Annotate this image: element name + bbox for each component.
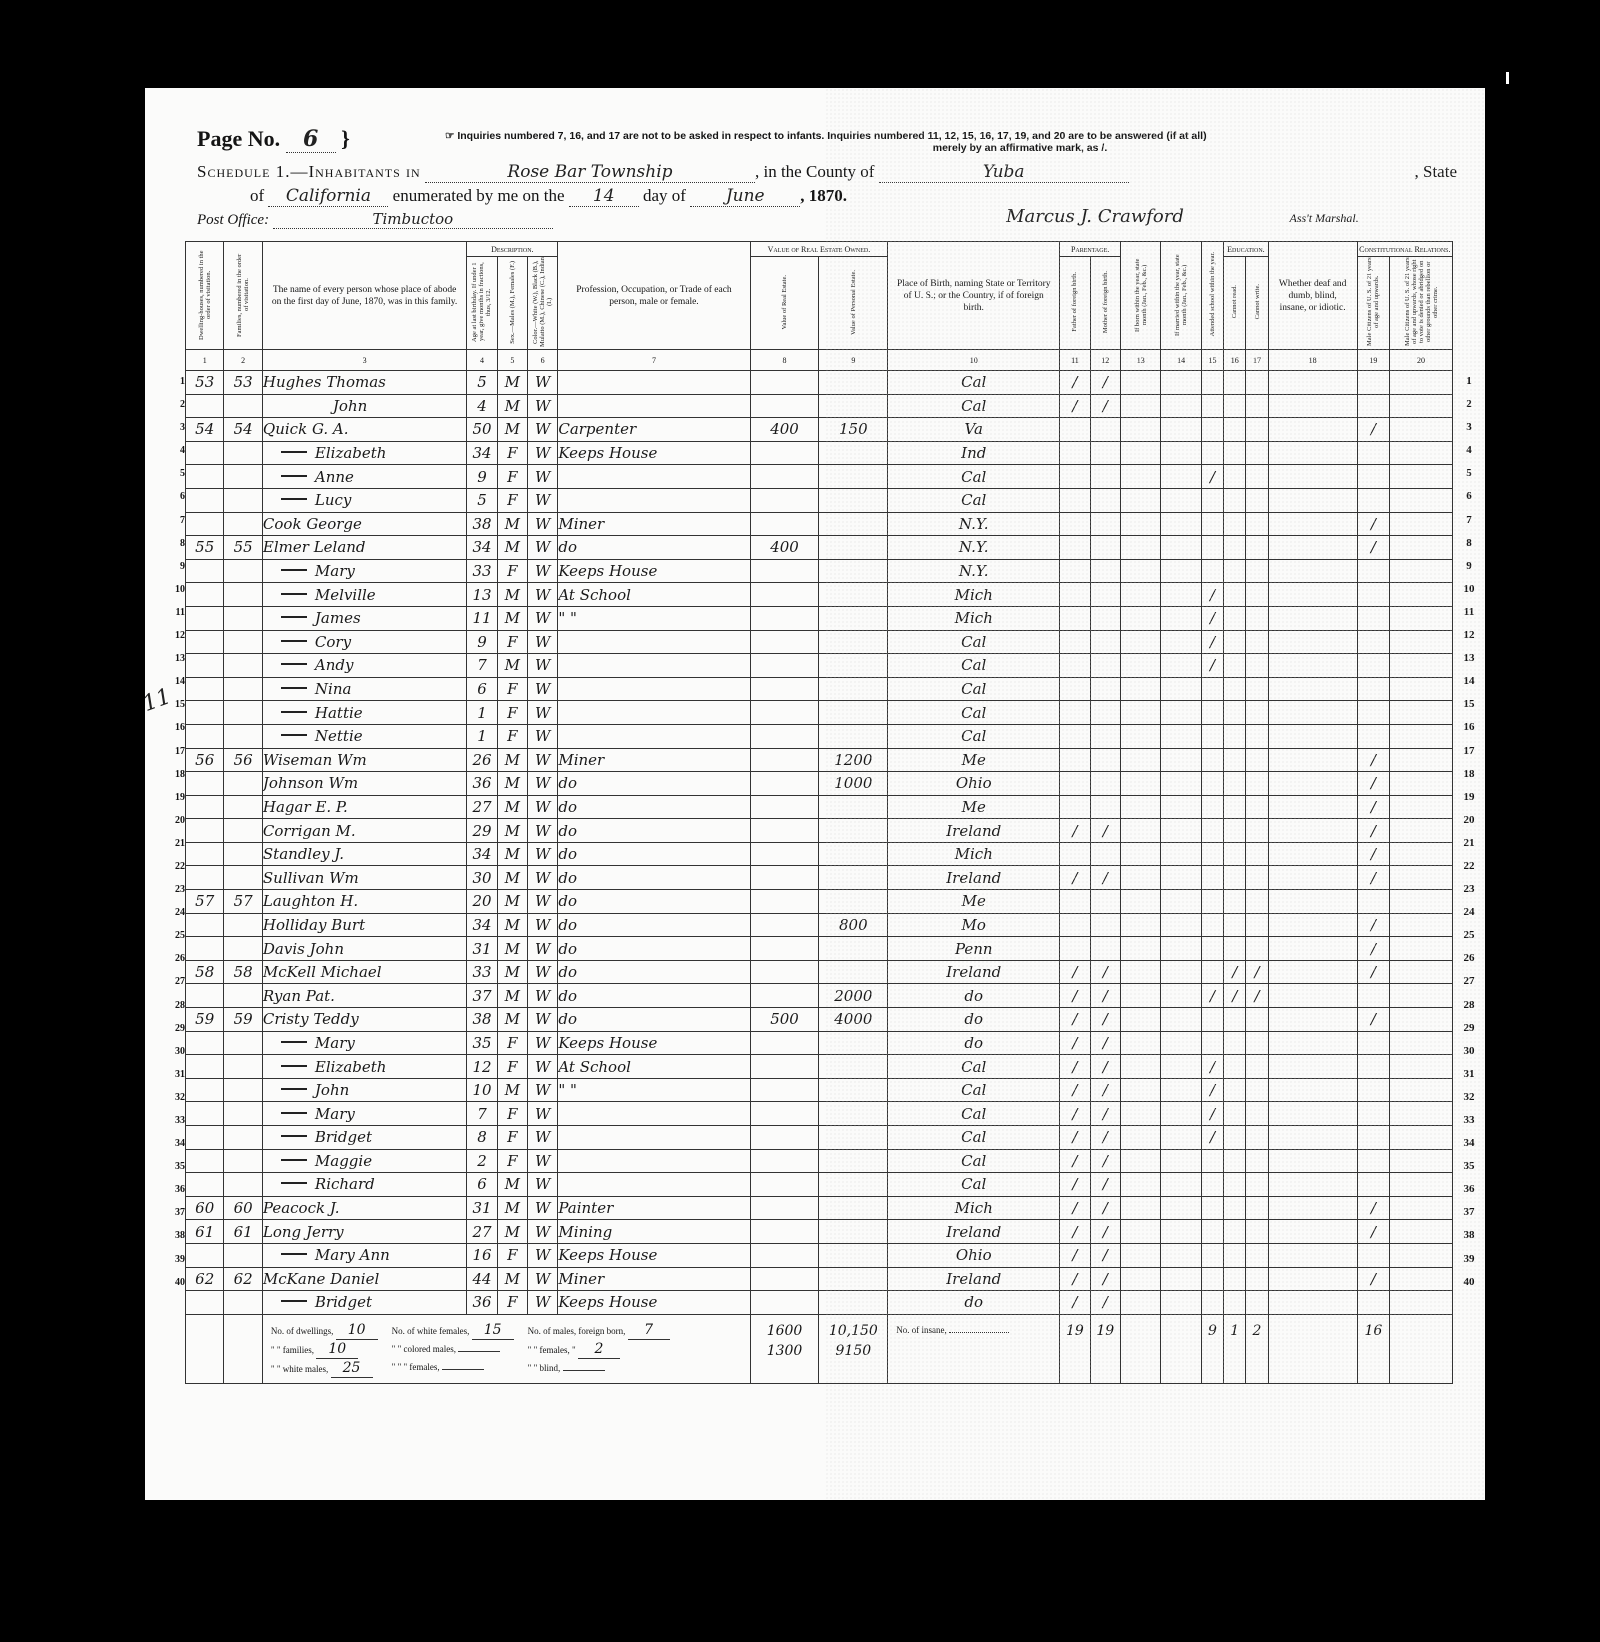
right-line-numbers: 1234567891011121314151617181920212223242… xyxy=(1456,370,1482,1294)
line-number: 17 xyxy=(163,740,185,763)
line-number: 36 xyxy=(1456,1178,1482,1201)
real-estate-value xyxy=(750,984,819,1008)
table-row: Davis John31MWdoPenn/ xyxy=(186,937,1453,961)
father-foreign-mark xyxy=(1060,536,1090,560)
vote-denied xyxy=(1390,866,1453,890)
occupation: Miner xyxy=(558,1267,750,1291)
born-within-year xyxy=(1120,1055,1160,1079)
disability xyxy=(1268,1220,1357,1244)
family-number xyxy=(224,559,262,583)
born-within-year xyxy=(1120,1078,1160,1102)
instructions-line-2: merely by an affirmative mark, as /. xyxy=(445,142,1455,154)
school-mark xyxy=(1201,1291,1223,1315)
occupation: At School xyxy=(558,1055,750,1079)
table-row: Mary35FWKeeps Housedo// xyxy=(186,1031,1453,1055)
col-number: 17 xyxy=(1246,350,1268,371)
birthplace: Ireland xyxy=(888,1267,1060,1291)
sex: M xyxy=(497,819,527,843)
married-within-year xyxy=(1161,1126,1201,1150)
page-number-label: Page No. xyxy=(197,126,280,151)
born-within-year xyxy=(1120,937,1160,961)
citizen-mark: / xyxy=(1357,937,1389,961)
dwelling-number: 55 xyxy=(186,536,224,560)
person-name: Mary Ann xyxy=(262,1243,466,1267)
census-page: Page No. 6 } ☞ Inquiries numbered 7, 16,… xyxy=(145,88,1485,1500)
ditto-dash xyxy=(281,593,307,595)
person-name: Nina xyxy=(262,677,466,701)
given-name: Maggie xyxy=(315,1152,372,1170)
person-name: Mary xyxy=(262,1031,466,1055)
age: 16 xyxy=(467,1243,497,1267)
father-foreign-mark xyxy=(1060,913,1090,937)
born-within-year xyxy=(1120,536,1160,560)
disability xyxy=(1268,488,1357,512)
real-estate-value xyxy=(750,1102,819,1126)
person-name: Andy xyxy=(262,654,466,678)
year-value: , 1870. xyxy=(800,186,847,205)
married-within-year xyxy=(1161,772,1201,796)
mother-foreign-mark xyxy=(1090,654,1120,678)
dwelling-number xyxy=(186,488,224,512)
school-mark xyxy=(1201,418,1223,442)
birthplace: Cal xyxy=(888,1102,1060,1126)
vote-denied xyxy=(1390,371,1453,395)
line-number: 12 xyxy=(163,624,185,647)
line-number: 36 xyxy=(163,1178,185,1201)
father-foreign-mark: / xyxy=(1060,1220,1090,1244)
married-within-year xyxy=(1161,842,1201,866)
mother-foreign-mark: / xyxy=(1090,1220,1120,1244)
line-number: 35 xyxy=(163,1155,185,1178)
personal-estate-value xyxy=(819,677,888,701)
person-name: Melville xyxy=(262,583,466,607)
table-row: Melville13MWAt SchoolMich/ xyxy=(186,583,1453,607)
cannot-read-mark xyxy=(1224,819,1246,843)
col-header-real-estate-value: Value of Real Estate. xyxy=(750,257,819,350)
dwelling-number xyxy=(186,842,224,866)
personal-estate-value: 2000 xyxy=(819,984,888,1008)
married-within-year xyxy=(1161,488,1201,512)
given-name: Elizabeth xyxy=(315,444,387,462)
married-within-year xyxy=(1161,1008,1201,1032)
mother-foreign-mark xyxy=(1090,937,1120,961)
family-number: 55 xyxy=(224,536,262,560)
married-within-year xyxy=(1161,677,1201,701)
line-number: 17 xyxy=(1456,740,1482,763)
school-mark: / xyxy=(1201,984,1223,1008)
line-number: 20 xyxy=(163,809,185,832)
sex: M xyxy=(497,512,527,536)
personal-estate-value: 4000 xyxy=(819,1008,888,1032)
sex: F xyxy=(497,701,527,725)
table-row: Cory9FWCal/ xyxy=(186,630,1453,654)
real-estate-value xyxy=(750,441,819,465)
surname: Johnson xyxy=(263,774,324,792)
line-number: 25 xyxy=(1456,924,1482,947)
born-within-year xyxy=(1120,559,1160,583)
given-name: J. xyxy=(330,1199,340,1217)
family-number: 60 xyxy=(224,1196,262,1220)
col-number: 9 xyxy=(819,350,888,371)
disability xyxy=(1268,1102,1357,1126)
line-number: 12 xyxy=(1456,624,1482,647)
cannot-read-mark: / xyxy=(1224,984,1246,1008)
citizen-mark: / xyxy=(1357,913,1389,937)
age: 1 xyxy=(467,701,497,725)
dwelling-number xyxy=(186,654,224,678)
occupation: Mining xyxy=(558,1220,750,1244)
ditto-dash xyxy=(281,1135,307,1137)
color: W xyxy=(528,1102,558,1126)
citizen-mark: / xyxy=(1357,1220,1389,1244)
real-estate-value xyxy=(750,772,819,796)
dwelling-number: 59 xyxy=(186,1008,224,1032)
sex: F xyxy=(497,1291,527,1315)
birthplace: do xyxy=(888,1291,1060,1315)
school-mark xyxy=(1201,559,1223,583)
born-within-year xyxy=(1120,984,1160,1008)
family-number xyxy=(224,583,262,607)
cannot-read-mark xyxy=(1224,890,1246,914)
born-within-year xyxy=(1120,418,1160,442)
father-foreign-mark xyxy=(1060,465,1090,489)
given-name: Daniel xyxy=(330,1270,379,1288)
sex: M xyxy=(497,1173,527,1197)
father-foreign-mark: / xyxy=(1060,1102,1090,1126)
col-number: 13 xyxy=(1120,350,1160,371)
disability xyxy=(1268,748,1357,772)
mother-foreign-mark: / xyxy=(1090,371,1120,395)
given-name: Mary Ann xyxy=(315,1246,390,1264)
given-name: Mary xyxy=(315,1105,355,1123)
color: W xyxy=(528,1126,558,1150)
color: W xyxy=(528,984,558,1008)
summary-col-a: No. of dwellings, 10 " " families, 10 " … xyxy=(271,1321,378,1378)
vote-denied xyxy=(1390,724,1453,748)
cannot-read-mark xyxy=(1224,1031,1246,1055)
given-name: John xyxy=(310,940,344,958)
ditto-dash xyxy=(281,451,307,453)
color: W xyxy=(528,371,558,395)
line-number: 24 xyxy=(163,901,185,924)
table-row: Nettie1FWCal xyxy=(186,724,1453,748)
line-number: 34 xyxy=(1456,1132,1482,1155)
cannot-write-mark xyxy=(1246,1126,1268,1150)
color: W xyxy=(528,606,558,630)
col-number: 15 xyxy=(1201,350,1223,371)
married-within-year xyxy=(1161,418,1201,442)
cannot-read-mark xyxy=(1224,418,1246,442)
birthplace: Cal xyxy=(888,677,1060,701)
person-name: Cristy Teddy xyxy=(262,1008,466,1032)
cannot-read-mark xyxy=(1224,866,1246,890)
disability xyxy=(1268,536,1357,560)
born-within-year xyxy=(1120,677,1160,701)
school-mark xyxy=(1201,1243,1223,1267)
birthplace: N.Y. xyxy=(888,559,1060,583)
birthplace: Va xyxy=(888,418,1060,442)
ditto-dash xyxy=(281,1300,307,1302)
ditto-dash xyxy=(281,616,307,618)
birthplace: Cal xyxy=(888,1126,1060,1150)
real-estate-value xyxy=(750,1243,819,1267)
line-number: 2 xyxy=(163,393,185,416)
school-mark: / xyxy=(1201,1078,1223,1102)
occupation: Keeps House xyxy=(558,1243,750,1267)
birthplace: Penn xyxy=(888,937,1060,961)
family-number xyxy=(224,654,262,678)
line-number: 30 xyxy=(163,1040,185,1063)
real-estate-value xyxy=(750,559,819,583)
table-row: 5858McKell Michael33MWdoIreland///// xyxy=(186,960,1453,984)
personal-estate-value: 1000 xyxy=(819,772,888,796)
surname: Hughes xyxy=(263,373,322,391)
cannot-write-mark xyxy=(1246,1267,1268,1291)
sex: F xyxy=(497,1055,527,1079)
personal-estate-value xyxy=(819,960,888,984)
col-number: 11 xyxy=(1060,350,1090,371)
person-name: Elizabeth xyxy=(262,1055,466,1079)
dwelling-number: 60 xyxy=(186,1196,224,1220)
census-table: Dwelling-houses, numbered in the order o… xyxy=(185,241,1453,1384)
color: W xyxy=(528,1196,558,1220)
real-estate-value: 400 xyxy=(750,418,819,442)
cannot-write-mark xyxy=(1246,394,1268,418)
cannot-read-mark xyxy=(1224,842,1246,866)
color: W xyxy=(528,748,558,772)
school-mark xyxy=(1201,536,1223,560)
col-number: 14 xyxy=(1161,350,1201,371)
line-number: 35 xyxy=(1456,1155,1482,1178)
table-row: Mary Ann16FWKeeps HouseOhio// xyxy=(186,1243,1453,1267)
real-estate-value xyxy=(750,795,819,819)
occupation: Miner xyxy=(558,512,750,536)
real-estate-value xyxy=(750,1126,819,1150)
school-mark xyxy=(1201,1220,1223,1244)
person-name: Richard xyxy=(262,1173,466,1197)
real-estate-value xyxy=(750,890,819,914)
mother-foreign-mark xyxy=(1090,795,1120,819)
given-name: Nettie xyxy=(315,727,363,745)
real-estate-value xyxy=(750,1267,819,1291)
age: 6 xyxy=(467,677,497,701)
table-row: Nina6FWCal xyxy=(186,677,1453,701)
dwelling-number: 53 xyxy=(186,371,224,395)
table-row: Anne9FWCal/ xyxy=(186,465,1453,489)
disability xyxy=(1268,866,1357,890)
cannot-write-mark xyxy=(1246,819,1268,843)
summary-cannot-read: 1 xyxy=(1224,1314,1246,1383)
census-rows: 5353Hughes Thomas5MWCal//John4MWCal//545… xyxy=(186,371,1453,1315)
age: 34 xyxy=(467,913,497,937)
dwelling-number xyxy=(186,1173,224,1197)
dwelling-number xyxy=(186,606,224,630)
school-mark: / xyxy=(1201,606,1223,630)
father-foreign-mark: / xyxy=(1060,371,1090,395)
mother-foreign-mark xyxy=(1090,748,1120,772)
line-number: 5 xyxy=(163,462,185,485)
vote-denied xyxy=(1390,984,1453,1008)
age: 38 xyxy=(467,512,497,536)
mother-foreign-mark: / xyxy=(1090,984,1120,1008)
occupation: do xyxy=(558,960,750,984)
cannot-write-mark: / xyxy=(1246,960,1268,984)
person-name: Long Jerry xyxy=(262,1220,466,1244)
age: 9 xyxy=(467,465,497,489)
family-number xyxy=(224,795,262,819)
real-estate-value xyxy=(750,1149,819,1173)
father-foreign-mark xyxy=(1060,701,1090,725)
school-mark: / xyxy=(1201,1055,1223,1079)
cannot-read-mark xyxy=(1224,512,1246,536)
line-number: 38 xyxy=(163,1224,185,1247)
sex: M xyxy=(497,937,527,961)
line-number: 39 xyxy=(1456,1248,1482,1271)
citizen-mark: / xyxy=(1357,1008,1389,1032)
col-header-occupation: Profession, Occupation, or Trade of each… xyxy=(558,242,750,350)
col-header-born-within-year: If born within the year, state month (Ja… xyxy=(1120,242,1160,350)
summary-col-b: No. of white females, 15 " " colored mal… xyxy=(392,1321,514,1378)
real-estate-value xyxy=(750,701,819,725)
vote-denied xyxy=(1390,488,1453,512)
surname: Peacock xyxy=(263,1199,325,1217)
family-number xyxy=(224,465,262,489)
col-header-vote-denied: Male Citizens of U. S. of 21 years of ag… xyxy=(1390,257,1453,350)
dwelling-number xyxy=(186,1078,224,1102)
cannot-write-mark xyxy=(1246,606,1268,630)
cannot-read-mark xyxy=(1224,1008,1246,1032)
person-name: Ryan Pat. xyxy=(262,984,466,1008)
birthplace: Cal xyxy=(888,724,1060,748)
sex: M xyxy=(497,960,527,984)
personal-estate-value xyxy=(819,536,888,560)
of-label: of xyxy=(250,186,264,205)
color: W xyxy=(528,772,558,796)
real-estate-value xyxy=(750,842,819,866)
family-number xyxy=(224,1149,262,1173)
cannot-read-mark xyxy=(1224,677,1246,701)
school-mark xyxy=(1201,866,1223,890)
color: W xyxy=(528,795,558,819)
given-name: Elizabeth xyxy=(315,1058,387,1076)
school-mark xyxy=(1201,488,1223,512)
citizen-mark xyxy=(1357,559,1389,583)
born-within-year xyxy=(1120,772,1160,796)
sex: M xyxy=(497,913,527,937)
person-name: McKane Daniel xyxy=(262,1267,466,1291)
birthplace: Cal xyxy=(888,465,1060,489)
instructions-line-1: ☞ Inquiries numbered 7, 16, and 17 are n… xyxy=(445,130,1207,142)
line-number: 16 xyxy=(163,716,185,739)
color: W xyxy=(528,937,558,961)
vote-denied xyxy=(1390,1031,1453,1055)
summary-school: 9 xyxy=(1201,1314,1223,1383)
line-number: 29 xyxy=(163,1017,185,1040)
personal-estate-value xyxy=(819,630,888,654)
line-number: 1 xyxy=(163,370,185,393)
color: W xyxy=(528,1078,558,1102)
line-number: 38 xyxy=(1456,1224,1482,1247)
line-number: 2 xyxy=(1456,393,1482,416)
table-row: James11MW" "Mich/ xyxy=(186,606,1453,630)
dwelling-number xyxy=(186,630,224,654)
birthplace: Ohio xyxy=(888,772,1060,796)
occupation: Painter xyxy=(558,1196,750,1220)
given-name: Burt xyxy=(331,916,365,934)
citizen-mark xyxy=(1357,701,1389,725)
table-row: 5959Cristy Teddy38MWdo5004000do/// xyxy=(186,1008,1453,1032)
school-mark xyxy=(1201,371,1223,395)
page-number: Page No. 6 } xyxy=(197,126,350,153)
day-value: 14 xyxy=(569,186,639,207)
dwelling-number xyxy=(186,559,224,583)
cannot-write-mark xyxy=(1246,1055,1268,1079)
disability xyxy=(1268,1008,1357,1032)
schedule-label: Schedule 1.—Inhabitants in xyxy=(197,162,421,181)
disability xyxy=(1268,937,1357,961)
father-foreign-mark xyxy=(1060,772,1090,796)
family-number xyxy=(224,606,262,630)
col-header-mother-foreign: Mother of foreign birth. xyxy=(1090,257,1120,350)
given-name: Richard xyxy=(315,1175,375,1193)
school-mark xyxy=(1201,441,1223,465)
occupation: do xyxy=(558,913,750,937)
ditto-dash xyxy=(281,475,307,477)
disability xyxy=(1268,772,1357,796)
disability xyxy=(1268,1196,1357,1220)
born-within-year xyxy=(1120,701,1160,725)
age: 5 xyxy=(467,488,497,512)
dwelling-number: 54 xyxy=(186,418,224,442)
col-number: 1 xyxy=(186,350,224,371)
occupation xyxy=(558,371,750,395)
disability xyxy=(1268,371,1357,395)
surname: McKell xyxy=(263,963,316,981)
married-within-year xyxy=(1161,371,1201,395)
person-name: Sullivan Wm xyxy=(262,866,466,890)
father-foreign-mark: / xyxy=(1060,1291,1090,1315)
ditto-dash xyxy=(281,1088,307,1090)
given-name: Michael xyxy=(321,963,382,981)
married-within-year xyxy=(1161,441,1201,465)
born-within-year xyxy=(1120,866,1160,890)
married-within-year xyxy=(1161,913,1201,937)
cannot-read-mark xyxy=(1224,795,1246,819)
disability xyxy=(1268,394,1357,418)
personal-estate-value xyxy=(819,1102,888,1126)
line-number: 4 xyxy=(1456,439,1482,462)
citizen-mark xyxy=(1357,1149,1389,1173)
ditto-dash xyxy=(281,663,307,665)
vote-denied xyxy=(1390,630,1453,654)
dwelling-number: 58 xyxy=(186,960,224,984)
month-value: June xyxy=(690,186,800,207)
dwelling-number xyxy=(186,1291,224,1315)
col-number: 3 xyxy=(262,350,466,371)
person-name: Johnson Wm xyxy=(262,772,466,796)
col-number: 6 xyxy=(528,350,558,371)
occupation xyxy=(558,701,750,725)
married-within-year xyxy=(1161,394,1201,418)
sex: M xyxy=(497,748,527,772)
county-value: Yuba xyxy=(879,162,1129,183)
age: 31 xyxy=(467,1196,497,1220)
vote-denied xyxy=(1390,441,1453,465)
dwelling-number: 56 xyxy=(186,748,224,772)
personal-estate-value xyxy=(819,488,888,512)
given-name: Bridget xyxy=(315,1293,372,1311)
cannot-read-mark xyxy=(1224,654,1246,678)
